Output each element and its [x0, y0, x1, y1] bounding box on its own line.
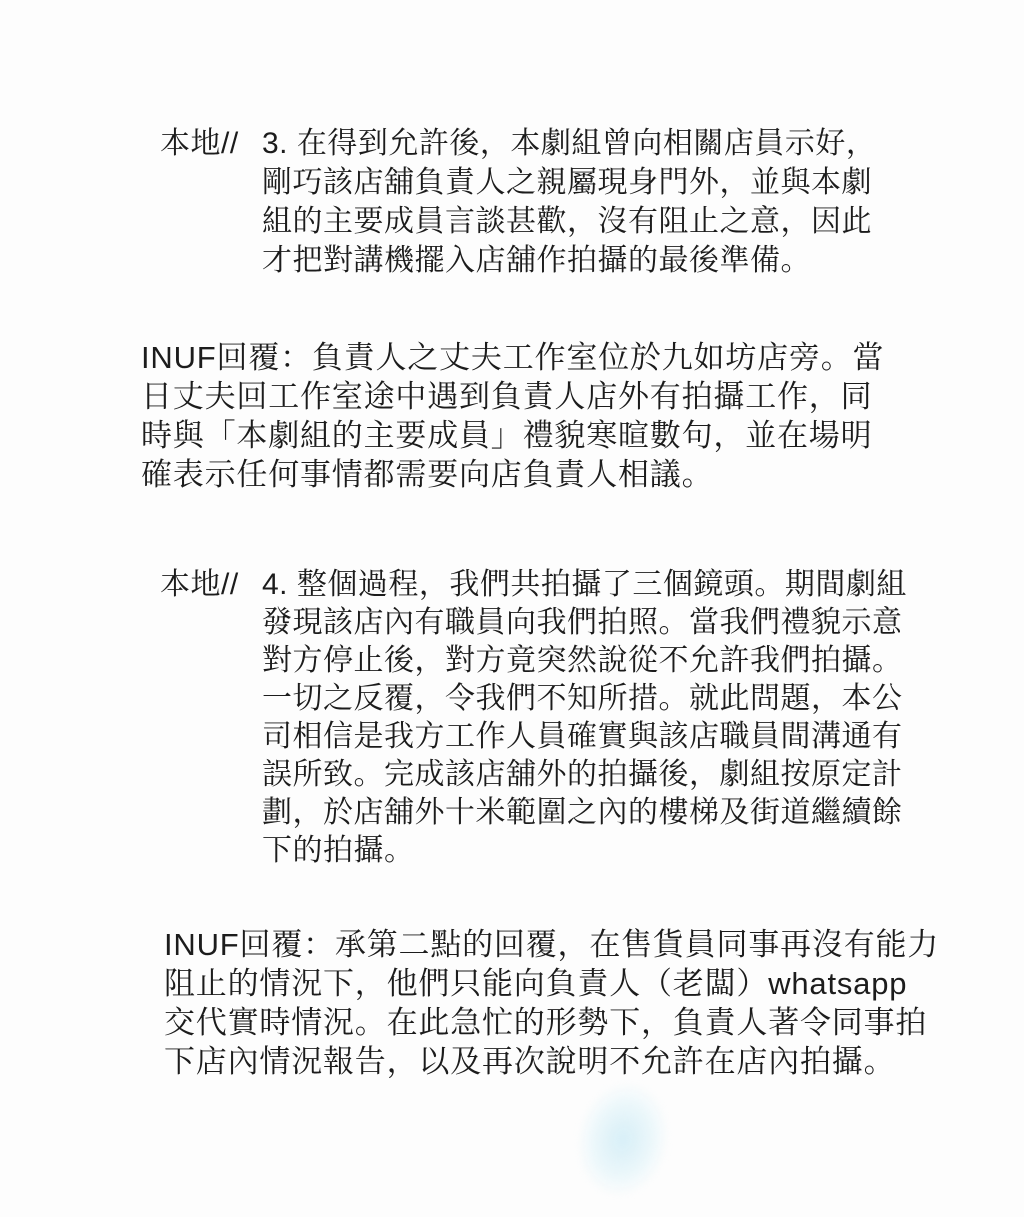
document-page: 本地// 3. 在得到允許後，本劇組曾向相關店員示好， 剛巧該店舖負責人之親屬現… [0, 0, 1024, 1217]
text-line: 交代實時情況。在此急忙的形勢下，負責人著令同事拍 [164, 1003, 939, 1042]
statement-source-label: 本地// [160, 566, 262, 604]
text-line: 確表示任何事情都需要向店負責人相議。 [141, 455, 884, 494]
text-line: 對方停止後，對方竟突然說從不允許我們拍攝。 [262, 642, 907, 680]
text-line: 才把對講機擺入店舖作拍攝的最後準備。 [262, 241, 876, 280]
text-line: 阻止的情況下，他們只能向負責人（老闆）whatsapp [164, 964, 939, 1003]
text-line: INUF回覆：承第二點的回覆，在售貨員同事再沒有能力 [164, 925, 939, 964]
reply-body: INUF回覆：承第二點的回覆，在售貨員同事再沒有能力 阻止的情況下，他們只能向負… [164, 925, 939, 1081]
text-line: 剛巧該店舖負責人之親屬現身門外，並與本劇 [262, 163, 876, 202]
statement-point-3: 本地// 3. 在得到允許後，本劇組曾向相關店員示好， 剛巧該店舖負責人之親屬現… [160, 124, 876, 280]
text-line: 劃，於店舖外十米範圍之內的樓梯及街道繼續餘 [262, 794, 907, 832]
text-line: 4. 整個過程，我們共拍攝了三個鏡頭。期間劇組 [262, 566, 907, 604]
text-line: 組的主要成員言談甚歡，沒有阻止之意，因此 [262, 202, 876, 241]
text-line: INUF回覆：負責人之丈夫工作室位於九如坊店旁。當 [141, 338, 884, 377]
statement-body: 4. 整個過程，我們共拍攝了三個鏡頭。期間劇組 發現該店內有職員向我們拍照。當我… [262, 566, 907, 870]
statement-body: 3. 在得到允許後，本劇組曾向相關店員示好， 剛巧該店舖負責人之親屬現身門外，並… [262, 124, 876, 280]
text-line: 誤所致。完成該店舖外的拍攝後，劇組按原定計 [262, 756, 907, 794]
text-line: 司相信是我方工作人員確實與該店職員間溝通有 [262, 718, 907, 756]
text-line: 日丈夫回工作室途中遇到負責人店外有拍攝工作，同 [141, 377, 884, 416]
text-line: 下店內情況報告，以及再次說明不允許在店內拍攝。 [164, 1042, 939, 1081]
reply-body: INUF回覆：負責人之丈夫工作室位於九如坊店旁。當 日丈夫回工作室途中遇到負責人… [141, 338, 884, 494]
text-line: 3. 在得到允許後，本劇組曾向相關店員示好， [262, 124, 876, 163]
text-line: 時與「本劇組的主要成員」禮貌寒暄數句，並在場明 [141, 416, 884, 455]
text-line: 下的拍攝。 [262, 832, 907, 870]
inuf-reply-2: INUF回覆：承第二點的回覆，在售貨員同事再沒有能力 阻止的情況下，他們只能向負… [164, 925, 939, 1081]
statement-point-4: 本地// 4. 整個過程，我們共拍攝了三個鏡頭。期間劇組 發現該店內有職員向我們… [160, 566, 907, 870]
inuf-reply-1: INUF回覆：負責人之丈夫工作室位於九如坊店旁。當 日丈夫回工作室途中遇到負責人… [141, 338, 884, 494]
statement-source-label: 本地// [160, 124, 262, 163]
text-line: 發現該店內有職員向我們拍照。當我們禮貌示意 [262, 604, 907, 642]
text-line: 一切之反覆，令我們不知所措。就此問題，本公 [262, 680, 907, 718]
watermark-smudge [567, 1074, 679, 1205]
